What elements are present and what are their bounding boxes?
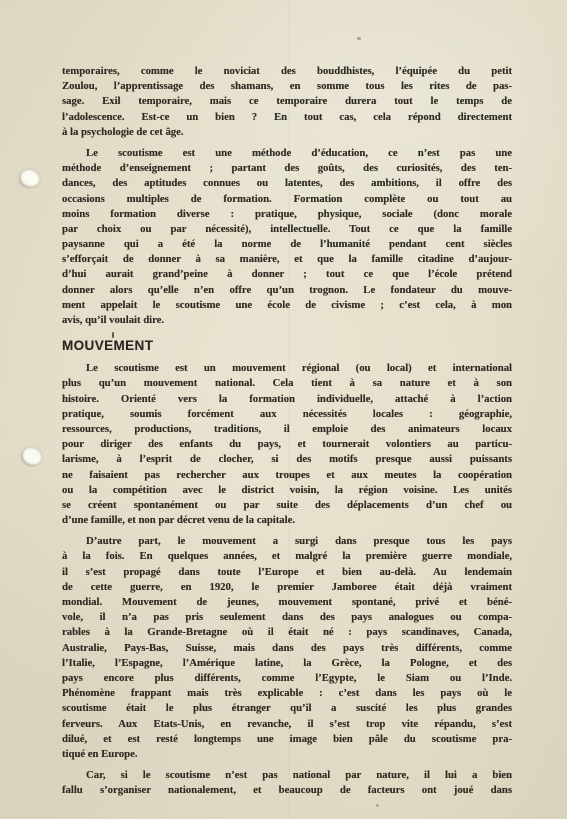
text-block: temporaires, comme le noviciat des boudd… bbox=[62, 64, 512, 804]
paragraph: temporaires, comme le noviciat des boudd… bbox=[62, 64, 512, 140]
text-line: fallu s’organiser nationalement, et beau… bbox=[62, 783, 512, 798]
text-line: temporaires, comme le noviciat des boudd… bbox=[62, 64, 512, 79]
text-line: se créent spontanément ou par suite des … bbox=[62, 498, 512, 513]
text-line: occasions multiples de formation. Format… bbox=[62, 192, 512, 207]
text-line: d’hui aurait grand’peine à donner ; tout… bbox=[62, 267, 512, 282]
text-line: dilué, et est resté longtemps une image … bbox=[62, 732, 512, 747]
text-line: mondial. Mouvement de jeunes, mouvement … bbox=[62, 595, 512, 610]
scanned-page: temporaires, comme le noviciat des boudd… bbox=[0, 0, 567, 819]
text-line: s’efforçait de donner à sa manière, et q… bbox=[62, 252, 512, 267]
text-line: Le scoutisme est un mouvement régional (… bbox=[62, 361, 512, 376]
text-line: avis, qu’il voulait dire. bbox=[62, 313, 512, 328]
text-line: moins formation diverse : pratique, phys… bbox=[62, 207, 512, 222]
text-line: ne faisaient pas rechercher aux troupes … bbox=[62, 468, 512, 483]
text-line: vole, il n’a pas pris seulement dans des… bbox=[62, 610, 512, 625]
text-line: sage. Exil temporaire, mais ce temporair… bbox=[62, 94, 512, 109]
punch-hole bbox=[20, 446, 43, 468]
text-line: D’autre part, le mouvement a surgi dans … bbox=[62, 534, 512, 549]
text-line: tiqué en Europe. bbox=[62, 747, 512, 762]
text-line: paysanne qui a été la norme de l’humanit… bbox=[62, 237, 512, 252]
text-line: pays encore plus différents, comme l’Egy… bbox=[62, 671, 512, 686]
text-line: à la psychologie de cet âge. bbox=[62, 125, 512, 140]
text-line: méthode d’enseignement ; partant des goû… bbox=[62, 161, 512, 176]
section-heading: MOUVEMENT bbox=[62, 338, 512, 354]
punch-hole bbox=[19, 169, 40, 188]
text-line: ressources, productions, traditions, il … bbox=[62, 422, 512, 437]
text-line: il s’est propagé dans toute l’Europe et … bbox=[62, 565, 512, 580]
text-line: ment appelait le scoutisme une école de … bbox=[62, 298, 512, 313]
text-line: donner alors qu’elle n’en offre qu’un tr… bbox=[62, 283, 512, 298]
text-line: Australie, Pays-Bas, Suisse, mais dans d… bbox=[62, 641, 512, 656]
text-line: Phénomène frappant mais très explicable … bbox=[62, 686, 512, 701]
ink-speck bbox=[376, 804, 379, 807]
text-line: pratique, soumis forcément aux nécessité… bbox=[62, 407, 512, 422]
paragraph: Car, si le scoutisme n’est pas national … bbox=[62, 768, 512, 798]
text-line: ferveurs. Aux Etats-Unis, en revanche, i… bbox=[62, 717, 512, 732]
text-line: plus qu’un mouvement national. Cela tien… bbox=[62, 376, 512, 391]
paragraph: Le scoutisme est une méthode d’éducation… bbox=[62, 146, 512, 328]
text-line: scoutisme était le plus étranger qu’il a… bbox=[62, 701, 512, 716]
text-line: d’une famille, et non par décret venu de… bbox=[62, 513, 512, 528]
ink-speck bbox=[357, 37, 361, 40]
text-line: l’adolescence. Est-ce un bien ? En tout … bbox=[62, 110, 512, 125]
text-line: à la fois. En quelques années, et malgré… bbox=[62, 549, 512, 564]
text-line: Le scoutisme est une méthode d’éducation… bbox=[62, 146, 512, 161]
text-line: histoire. Orienté vers la formation indi… bbox=[62, 392, 512, 407]
text-line: l’Italie, l’Espagne, l’Amérique latine, … bbox=[62, 656, 512, 671]
text-line: ou la compétition avec le district voisi… bbox=[62, 483, 512, 498]
text-line: de cette guerre, en 1920, le premier Jam… bbox=[62, 580, 512, 595]
text-line: Car, si le scoutisme n’est pas national … bbox=[62, 768, 512, 783]
text-line: dances, des aptitudes connues ou latente… bbox=[62, 176, 512, 191]
text-line: larisme, à l’esprit de clocher, si des m… bbox=[62, 452, 512, 467]
text-line: Zoulou, l’apprentissage des shamans, en … bbox=[62, 79, 512, 94]
text-line: rables à la Grande-Bretagne où il était … bbox=[62, 625, 512, 640]
text-line: par choix ou par nécessité), intellectue… bbox=[62, 222, 512, 237]
paragraph: Le scoutisme est un mouvement régional (… bbox=[62, 361, 512, 528]
paragraph: D’autre part, le mouvement a surgi dans … bbox=[62, 534, 512, 762]
text-line: pour diriger des enfants du pays, et tou… bbox=[62, 437, 512, 452]
